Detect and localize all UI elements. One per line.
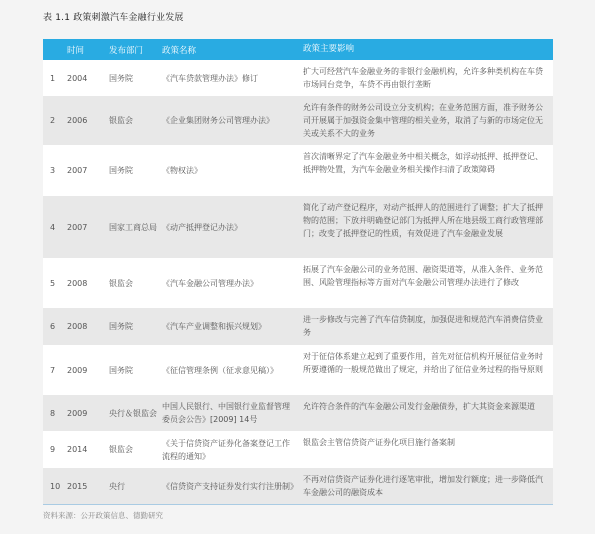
cell-impact: 首次清晰界定了汽车金融业务中相关概念，如浮动抵押、抵押登记、抵押物处置，为汽车金…	[303, 145, 553, 196]
table-row: 8 2009 央行＆银监会 中国人民银行、中国银行业监督管理委员会公告》[200…	[43, 395, 553, 431]
table-title: 表 1.1 政策刺激汽车金融行业发展	[43, 10, 184, 23]
cell-impact: 对于征信体系建立起到了重要作用，首先对征信机构开展征信业务时所要遵循的一般规范做…	[303, 345, 553, 395]
cell-year: 2007	[64, 223, 109, 232]
cell-name: 《企业集团财务公司管理办法》	[162, 114, 303, 127]
cell-no: 5	[43, 279, 64, 288]
cell-impact: 拓展了汽车金融公司的业务范围、融资渠道等，从准入条件、业务范围、风险管理指标等方…	[303, 258, 553, 308]
cell-name: 《征信管理条例（征求意见稿）》	[162, 364, 303, 377]
table-row: 5 2008 银监会 《汽车金融公司管理办法》 拓展了汽车金融公司的业务范围、融…	[43, 258, 553, 308]
header-year: 时间	[64, 44, 109, 56]
cell-year: 2015	[64, 482, 109, 491]
cell-dept: 国务院	[109, 164, 162, 177]
cell-name: 《动产抵押登记办法》	[162, 221, 303, 234]
table-row: 6 2008 国务院 《汽车产业调整和振兴规划》 进一步修改与完善了汽车信贷制度…	[43, 308, 553, 345]
cell-name: 《汽车产业调整和振兴规划》	[162, 320, 303, 333]
cell-name: 《汽车金融公司管理办法》	[162, 277, 303, 290]
cell-no: 7	[43, 366, 64, 375]
cell-dept: 银监会	[109, 277, 162, 290]
cell-dept: 央行＆银监会	[109, 407, 162, 420]
table-row: 2 2006 银监会 《企业集团财务公司管理办法》 允许有条件的财务公司设立分支…	[43, 96, 553, 145]
cell-year: 2008	[64, 322, 109, 331]
policy-table: 时间 发布部门 政策名称 政策主要影响 1 2004 国务院 《汽车贷款管理办法…	[43, 39, 553, 505]
source-note: 资料来源：公开政策信息、德勤研究	[43, 510, 163, 521]
cell-year: 2014	[64, 445, 109, 454]
cell-impact: 允许符合条件的汽车金融公司发行金融债券，扩大其资金来源渠道	[303, 395, 553, 431]
header-impact: 政策主要影响	[303, 43, 553, 56]
cell-no: 9	[43, 445, 64, 454]
cell-name: 中国人民银行、中国银行业监督管理委员会公告》[2009] 14号	[162, 400, 303, 426]
table-header: 时间 发布部门 政策名称 政策主要影响	[43, 39, 553, 60]
cell-name: 《物权法》	[162, 164, 303, 177]
cell-dept: 国务院	[109, 320, 162, 333]
cell-year: 2009	[64, 366, 109, 375]
cell-impact: 进一步修改与完善了汽车信贷制度，加强促进和规范汽车消费信贷业务	[303, 308, 553, 345]
cell-no: 3	[43, 166, 64, 175]
cell-year: 2006	[64, 116, 109, 125]
table-row: 1 2004 国务院 《汽车贷款管理办法》修订 扩大可经营汽车金融业务的非银行金…	[43, 60, 553, 96]
cell-no: 8	[43, 409, 64, 418]
cell-no: 10	[43, 482, 64, 491]
cell-year: 2008	[64, 279, 109, 288]
cell-year: 2009	[64, 409, 109, 418]
cell-dept: 银监会	[109, 114, 162, 127]
cell-dept: 国务院	[109, 72, 162, 85]
cell-dept: 国家工商总局	[109, 221, 162, 234]
cell-no: 6	[43, 322, 64, 331]
cell-name: 《汽车贷款管理办法》修订	[162, 72, 303, 85]
cell-dept: 银监会	[109, 443, 162, 456]
header-dept: 发布部门	[109, 44, 162, 56]
table-row: 3 2007 国务院 《物权法》 首次清晰界定了汽车金融业务中相关概念，如浮动抵…	[43, 145, 553, 196]
cell-year: 2007	[64, 166, 109, 175]
cell-no: 4	[43, 223, 64, 232]
cell-name: 《关于信贷资产证券化备案登记工作流程的通知》	[162, 437, 303, 463]
header-name: 政策名称	[162, 44, 303, 56]
table-row: 10 2015 央行 《信贷资产支持证券发行实行注册制》 不再对信贷资产证券化进…	[43, 468, 553, 504]
cell-name: 《信贷资产支持证券发行实行注册制》	[162, 480, 303, 493]
cell-no: 1	[43, 74, 64, 83]
cell-dept: 国务院	[109, 364, 162, 377]
cell-no: 2	[43, 116, 64, 125]
table-row: 9 2014 银监会 《关于信贷资产证券化备案登记工作流程的通知》 银监会主管信…	[43, 431, 553, 468]
cell-year: 2004	[64, 74, 109, 83]
cell-impact: 扩大可经营汽车金融业务的非银行金融机构，允许多种类机构在车贷市场同台竞争，车贷不…	[303, 60, 553, 96]
cell-impact: 不再对信贷资产证券化进行逐笔审批，增加发行额度；进一步降低汽车金融公司的融资成本	[303, 468, 553, 504]
table-row: 7 2009 国务院 《征信管理条例（征求意见稿）》 对于征信体系建立起到了重要…	[43, 345, 553, 395]
cell-dept: 央行	[109, 480, 162, 493]
table-row: 4 2007 国家工商总局 《动产抵押登记办法》 简化了动产登记程序，对动产抵押…	[43, 196, 553, 258]
cell-impact: 简化了动产登记程序，对动产抵押人的范围进行了调整；扩大了抵押物的范围；下放并明确…	[303, 196, 553, 258]
cell-impact: 银监会主管信贷资产证券化项目施行备案制	[303, 431, 553, 468]
cell-impact: 允许有条件的财务公司设立分支机构；在业务范围方面，准予财务公司开展属于加强资金集…	[303, 96, 553, 145]
